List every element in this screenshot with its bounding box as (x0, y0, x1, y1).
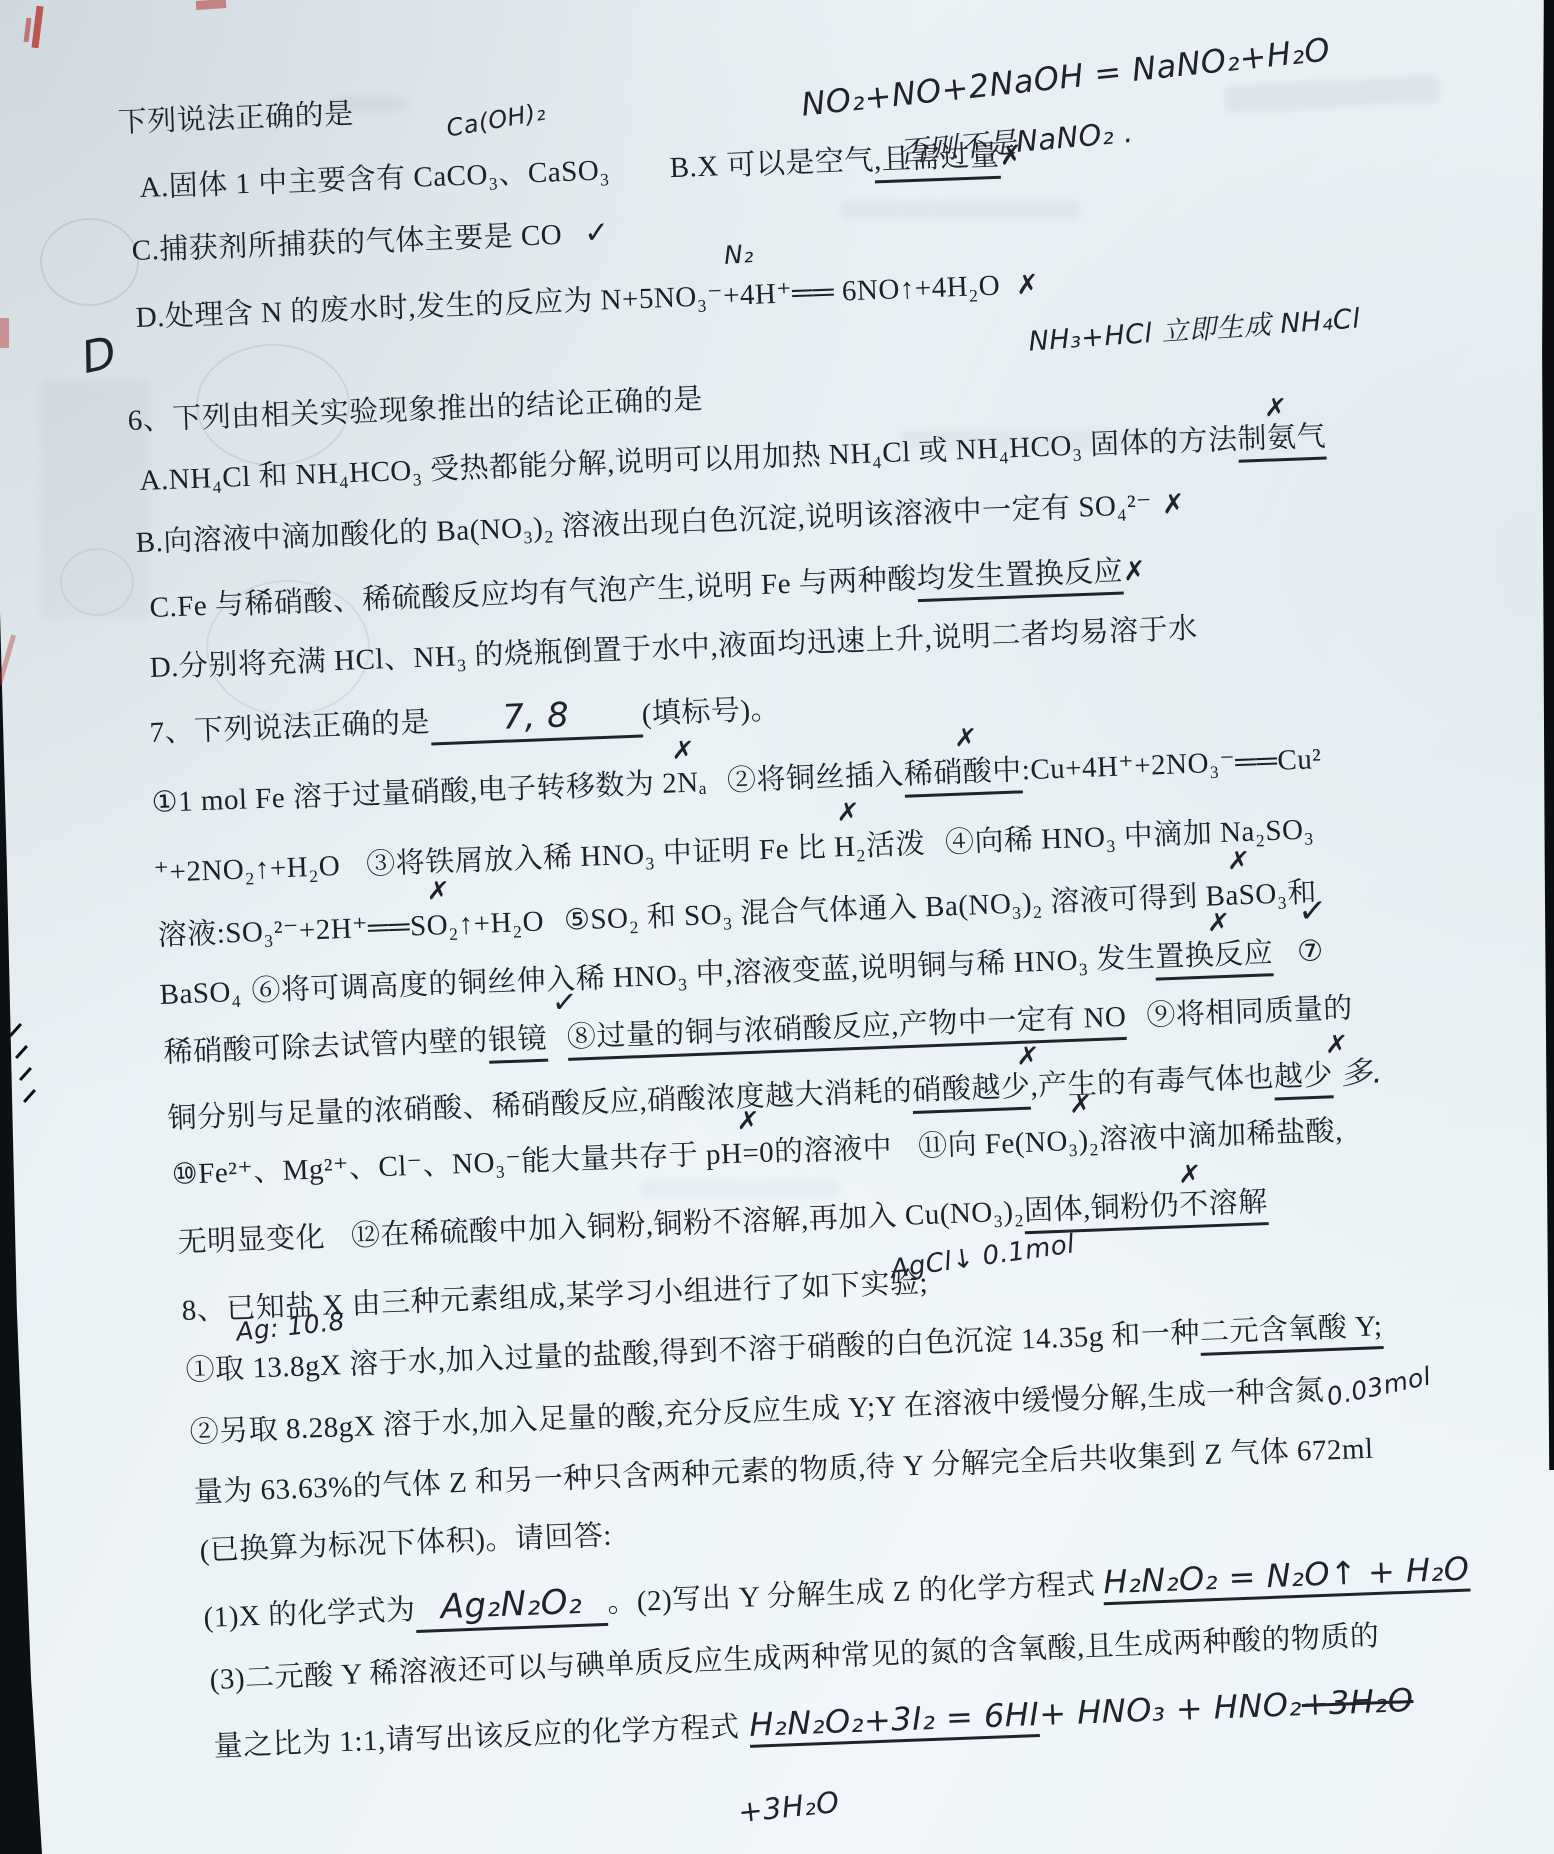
hand-mark: ✗ (1178, 1159, 1180, 1189)
printed-text: 二元含氧酸 Y; (1199, 1303, 1383, 1356)
printed-text: ⑪向 Fe(NO₃)₂ (917, 1117, 1100, 1165)
handwritten-text: H₂N₂O₂+3I₂ = 6HI (749, 1695, 1040, 1748)
printed-text: 溶液中滴加稀盐酸, (1098, 1108, 1343, 1158)
printed-text: D.处理含 N 的废水时,发生的反应为 N+5NO₃⁻+4H⁺══ 6NO↑+4… (135, 263, 1001, 336)
hw-caoh2: Ca(OH)₂ (444, 98, 548, 143)
page-edge-tick (23, 1089, 36, 1103)
printed-text: ⑧过量的铜与浓硝酸反应,产物中一定有 NO (566, 994, 1127, 1061)
hand-mark: ✗ (1325, 1030, 1327, 1060)
printed-text: 均发生置换反应 (916, 548, 1124, 602)
handwritten-text: + HNO₃ + HNO₂ (1039, 1685, 1303, 1733)
spacer (1127, 1023, 1147, 1026)
spacer (1000, 292, 1016, 295)
spacer (547, 1045, 567, 1048)
handwritten-text: ✗ (1123, 556, 1147, 588)
answer-blank: Ag₂N₂O₂ (415, 1581, 609, 1633)
q8-note: (已换算为标况下体积)。请回答: (199, 1513, 613, 1569)
handwritten-text: +3H₂O (1301, 1681, 1414, 1723)
scanned-exam-page: 下列说法正确的是A.固体 1 中主要含有 CaCO₃、CaSO₃B.X 可以是空… (0, 0, 1554, 1854)
spacer (562, 241, 584, 244)
spacer (544, 928, 564, 931)
printed-text: 无明显变化 (177, 1214, 326, 1261)
q5-stem: 下列说法正确的是 (117, 91, 354, 141)
page-edge-tick (9, 1023, 22, 1037)
printed-text: ①1 mol Fe 溶于过量硝酸,电子转移数为 2Nₐ (151, 759, 708, 821)
page-edge-tick (19, 1067, 32, 1081)
printed-text: ⑤SO₂ 和 SO₃ 混合气体通入 Ba(NO₃)₂ 溶液可得到 BaSO₃ (563, 871, 1288, 939)
printed-text: (已换算为标况下体积)。请回答: (199, 1513, 613, 1569)
printed-text: ⁺+2NO₂↑+H₂O (153, 848, 341, 890)
printed-text: C.捕获剂所捕获的气体主要是 CO (131, 212, 563, 269)
printed-text: 量之比为 1:1,请写出该反应的化学方程式 (213, 1704, 740, 1765)
printed-text: 7、下列说法正确的是 (149, 699, 431, 750)
spacer (925, 850, 945, 853)
printed-text: BaSO₄ (159, 976, 242, 1012)
q5-option-d: D.处理含 N 的废水时,发生的反应为 N+5NO₃⁻+4H⁺══ 6NO↑+4… (135, 261, 1040, 336)
red-edge-mark (0, 318, 9, 348)
red-edge-mark (31, 6, 43, 49)
hw-nh3-hcl: NH₃+HCl 立即生成 NH₄Cl (1027, 296, 1361, 358)
hw-answer-d: D (77, 327, 121, 384)
printed-text: 。(2)写出 Y 分解生成 Z 的化学方程式 (607, 1562, 1097, 1621)
hand-mark: ✗ (954, 723, 956, 753)
page-edge-shadow-left (0, 612, 42, 1854)
printed-text: 稀硝酸可除去试管内壁的 (163, 1018, 489, 1071)
spacer (1096, 1591, 1104, 1593)
printed-text: 活泼 (865, 821, 926, 864)
printed-text: C.Fe 与稀硝酸、稀硫酸反应均有气泡产生,说明 Fe 与两种酸 (149, 556, 918, 626)
printed-text: 溶液:SO₃²⁻+2H⁺══SO₂ (157, 902, 459, 954)
handwritten-text: ✗ (1016, 269, 1040, 301)
printed-text: :Cu+4H⁺+2NO₃⁻══Cu² (1021, 741, 1322, 787)
ink-bleed-smudge (1224, 74, 1440, 113)
printed-text: 硝酸越少 (912, 1064, 1032, 1114)
handwritten-text: H₂N₂O₂ = N₂O↑ + H₂O (1103, 1549, 1471, 1605)
spacer (610, 175, 670, 179)
printed-text: ④向稀 HNO₃ 中滴加 Na₂SO₃ (944, 806, 1315, 861)
page-edge-shadow-right (1537, 0, 1554, 1470)
printed-text: ↑+H₂O (458, 906, 545, 942)
hand-mark: ✗ (1016, 1041, 1018, 1071)
spacer (340, 872, 366, 875)
hand-mark: ✗ (836, 797, 838, 827)
spacer (1273, 959, 1297, 962)
hand-mark: ✗ (1264, 393, 1266, 423)
faint-stamp-circle (40, 218, 139, 306)
red-edge-mark (0, 634, 16, 685)
hw-z-mol: 0.03mol (1324, 1361, 1433, 1411)
printed-text: (1)X 的化学式为 (203, 1587, 416, 1636)
spacer (242, 999, 252, 1001)
hand-mark: ✗ (1227, 846, 1229, 876)
spacer (1152, 511, 1162, 513)
red-edge-mark (196, 0, 227, 10)
printed-text: ⑨将相同质量的 (1146, 985, 1354, 1034)
printed-text: 铜分别与足量的浓硝酸、稀硝酸反应,硝酸浓度越大消耗的 (167, 1068, 913, 1137)
handwritten-text: ✓ (583, 215, 610, 251)
hw-n2: N₂ (723, 239, 755, 270)
spacer (707, 788, 727, 791)
hw-plus-3h2o: +3H₂O (737, 1785, 842, 1829)
spacer (892, 1154, 918, 1157)
ink-bleed-smudge (840, 200, 1080, 220)
answer-blank: 7, 8 (429, 693, 643, 746)
q5-option-c: C.捕获剂所捕获的气体主要是 CO✓ (131, 210, 610, 269)
printed-text: (填标号)。 (641, 686, 781, 732)
handwritten-text: ✗ (1161, 489, 1185, 521)
printed-text: 下列说法正确的是 (117, 91, 354, 141)
printed-text: ⑦ (1296, 933, 1324, 969)
printed-text: 的溶液中 (773, 1125, 892, 1170)
printed-text: 银镜 (487, 1016, 548, 1064)
printed-text: ②将铜丝插入 (726, 752, 904, 800)
printed-text: A.固体 1 中主要含有 CaCO₃、CaSO₃ (139, 147, 611, 206)
spacer (1333, 1082, 1341, 1084)
printed-text: B.X 可以是空气 (669, 137, 875, 186)
red-edge-mark (24, 18, 32, 42)
printed-text: 稀硝酸中 (903, 747, 1023, 797)
printed-text: 固体,铜粉仍不溶解 (1023, 1179, 1268, 1234)
hand-mark: ✗ (671, 735, 673, 765)
spacer (740, 1734, 750, 1736)
printed-text: ③将铁屑放入稀 HNO₃ 中证明 Fe 比 H₂ (365, 823, 866, 883)
spacer (325, 1243, 351, 1246)
printed-text: ⑫在稀硫酸中加入铜粉,铜粉不溶解,再加入 Cu(NO₃)₂ (350, 1188, 1025, 1254)
q8-q3b: 量之比为 1:1,请写出该反应的化学方程式H₂N₂O₂+3I₂ = 6HI + … (213, 1679, 1414, 1768)
page-edge-tick (15, 1045, 28, 1059)
printed-text: ,产生的有毒气体也 (1030, 1054, 1275, 1104)
